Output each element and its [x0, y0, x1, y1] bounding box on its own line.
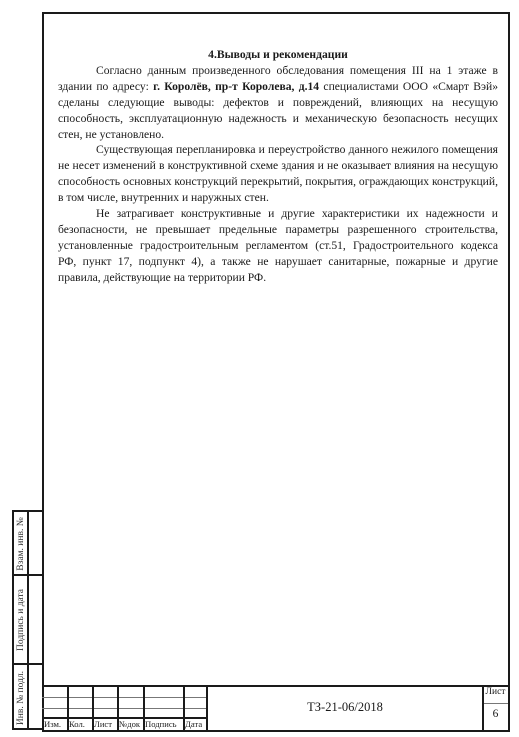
paragraph-1: Согласно данным произведенного обследова…: [58, 63, 498, 143]
document-designation: ТЗ-21-06/2018: [207, 685, 483, 730]
stamp-label-original-inv: Инв. № подл.: [16, 670, 26, 724]
paragraph-3: Не затрагивает конструктивные и другие х…: [58, 206, 498, 286]
stamp-cell-original-inv: Инв. № подл.: [14, 665, 27, 730]
tb-label-sheet: Лист: [94, 719, 117, 729]
stamp-label-replaced-inv: Взам. инв. №: [16, 517, 26, 571]
stamp-divider: [27, 512, 29, 728]
stamp-cell-signature-date: Подпись и дата: [14, 576, 27, 664]
sheet-label: Лист: [483, 687, 508, 697]
title-block: Изм. Кол. Лист №док Подпись Дата ТЗ-21-0…: [42, 685, 508, 730]
tb-label-signature: Подпись: [145, 719, 183, 729]
tb-label-date: Дата: [185, 719, 206, 729]
address-bold: г. Королёв, пр-т Королева, д.14: [153, 80, 319, 93]
tb-label-count: Кол.: [69, 719, 92, 729]
side-stamp: Взам. инв. № Подпись и дата Инв. № подл.: [12, 510, 42, 730]
document-body: 4.Выводы и рекомендации Согласно данным …: [58, 47, 498, 286]
stamp-label-signature-date: Подпись и дата: [16, 589, 26, 651]
tb-label-change: Изм.: [44, 719, 67, 729]
section-heading: 4.Выводы и рекомендации: [58, 47, 498, 63]
tb-sheet-divider: [483, 703, 508, 704]
paragraph-2: Существующая перепланировка и переустрой…: [58, 142, 498, 206]
stamp-cell-replaced-inv: Взам. инв. №: [14, 512, 27, 575]
sheet-number: 6: [483, 708, 508, 720]
tb-label-doc-no: №док: [119, 719, 143, 729]
